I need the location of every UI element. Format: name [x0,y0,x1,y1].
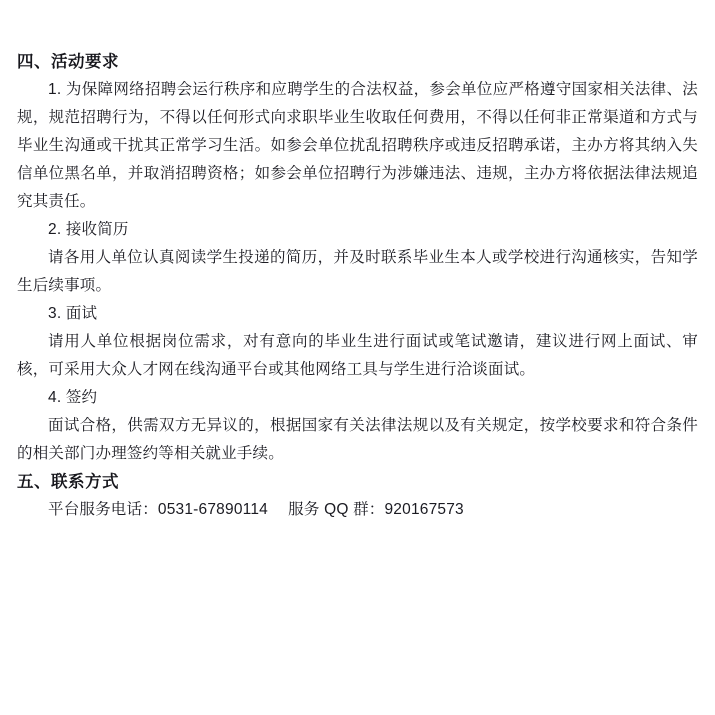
contact-phone-and-qq: 平台服务电话：0531-67890114 服务 QQ 群：920167573 [17,496,698,524]
paragraph-signing-detail: 面试合格，供需双方无异议的，根据国家有关法律法规以及有关规定，按学校要求和符合条… [17,412,698,468]
paragraph-item-interview: 3. 面试 [17,300,698,328]
paragraph-rules: 1. 为保障网络招聘会运行秩序和应聘学生的合法权益，参会单位应严格遵守国家相关法… [17,76,698,216]
paragraph-item-receive-resume: 2. 接收简历 [17,216,698,244]
document-body: 四、活动要求 1. 为保障网络招聘会运行秩序和应聘学生的合法权益，参会单位应严格… [17,48,698,524]
section-heading-contact-info: 五、联系方式 [17,468,698,496]
paragraph-interview-detail: 请用人单位根据岗位需求，对有意向的毕业生进行面试或笔试邀请，建议进行网上面试、审… [17,328,698,384]
document-page: 四、活动要求 1. 为保障网络招聘会运行秩序和应聘学生的合法权益，参会单位应严格… [0,0,715,715]
paragraph-item-signing: 4. 签约 [17,384,698,412]
paragraph-resume-detail: 请各用人单位认真阅读学生投递的简历，并及时联系毕业生本人或学校进行沟通核实，告知… [17,244,698,300]
section-heading-activity-requirements: 四、活动要求 [17,48,698,76]
